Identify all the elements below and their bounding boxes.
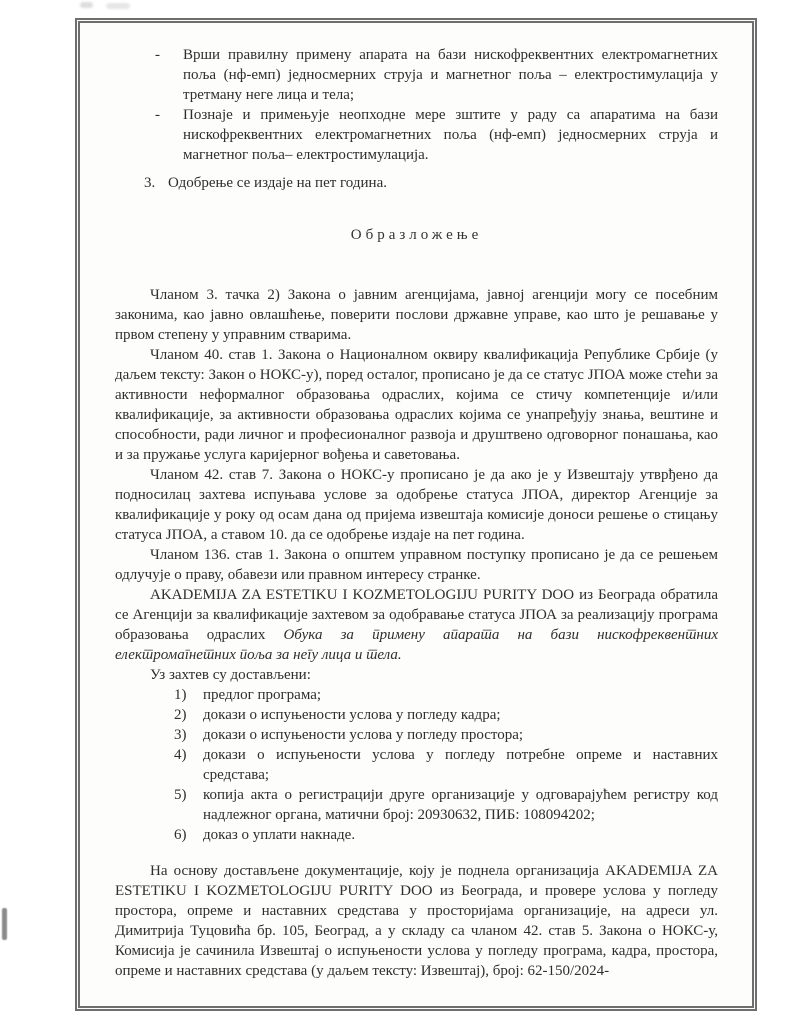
numbered-item-3: 3. Одобрење се издаје на пет година. [115, 173, 718, 193]
attachments-intro: Уз захтев су достављени: [115, 665, 718, 685]
attachment-text: докази о испуњености услова у погледу ка… [203, 707, 501, 723]
paragraph: Чланом 40. став 1. Закона о Националном … [115, 345, 718, 465]
attachment-text: предлог програма; [203, 687, 321, 703]
item-number: 3) [174, 725, 187, 745]
attachment-item: 6) доказ о уплати накнаде. [115, 825, 718, 845]
paragraph: Чланом 136. став 1. Закона о општем упра… [115, 545, 718, 585]
applicant-paragraph: AKADEMIJA ZA ESTETIKU I KOZMETOLOGIJU PU… [115, 585, 718, 665]
competency-dash-list: - Врши правилну примену апарата на бази … [115, 45, 718, 165]
page-content: - Врши правилну примену апарата на бази … [80, 23, 752, 981]
attachment-item: 4) докази о испуњености услова у погледу… [115, 745, 718, 785]
attachments-list: 1) предлог програма; 2) докази о испуњен… [115, 685, 718, 845]
list-item: - Врши правилну примену апарата на бази … [115, 45, 718, 105]
item-number: 3. [144, 173, 155, 193]
scan-smudge [80, 2, 93, 8]
scan-edge-mark [2, 908, 7, 940]
dash-bullet: - [155, 45, 160, 65]
attachment-item: 1) предлог програма; [115, 685, 718, 705]
attachment-item: 2) докази о испуњености услова у погледу… [115, 705, 718, 725]
item-number: 4) [174, 745, 187, 765]
paragraph: Чланом 3. тачка 2) Закона о јавним агенц… [115, 285, 718, 345]
scanned-document-page: - Врши правилну примену апарата на бази … [0, 0, 791, 1024]
item-number: 5) [174, 785, 187, 805]
paragraph: Чланом 42. став 7. Закона о НОКС-у пропи… [115, 465, 718, 545]
item-text: Одобрење се издаје на пет година. [168, 175, 387, 191]
attachment-text: доказ о уплати накнаде. [203, 827, 355, 843]
closing-paragraph: На основу достављене документације, коју… [115, 861, 718, 981]
item-number: 6) [174, 825, 187, 845]
item-number: 1) [174, 685, 187, 705]
attachment-item: 5) копија акта о регистрацији друге орга… [115, 785, 718, 825]
dash-bullet: - [155, 105, 160, 125]
item-number: 2) [174, 705, 187, 725]
body-paragraphs: Чланом 3. тачка 2) Закона о јавним агенц… [115, 285, 718, 665]
list-item: - Познаје и примењује неопходне мере зшт… [115, 105, 718, 165]
attachment-text: докази о испуњености услова у погледу по… [203, 747, 718, 783]
attachment-item: 3) докази о испуњености услова у погледу… [115, 725, 718, 745]
scan-smudge [106, 3, 130, 9]
attachment-text: докази о испуњености услова у погледу пр… [203, 727, 523, 743]
list-item-text: Познаје и примењује неопходне мере зштит… [183, 107, 718, 163]
attachment-text: копија акта о регистрацији друге организ… [203, 787, 718, 823]
page-border-frame: - Врши правилну примену апарата на бази … [75, 18, 757, 1011]
list-item-text: Врши правилну примену апарата на бази ни… [183, 47, 718, 103]
section-heading: Образложење [115, 225, 718, 245]
